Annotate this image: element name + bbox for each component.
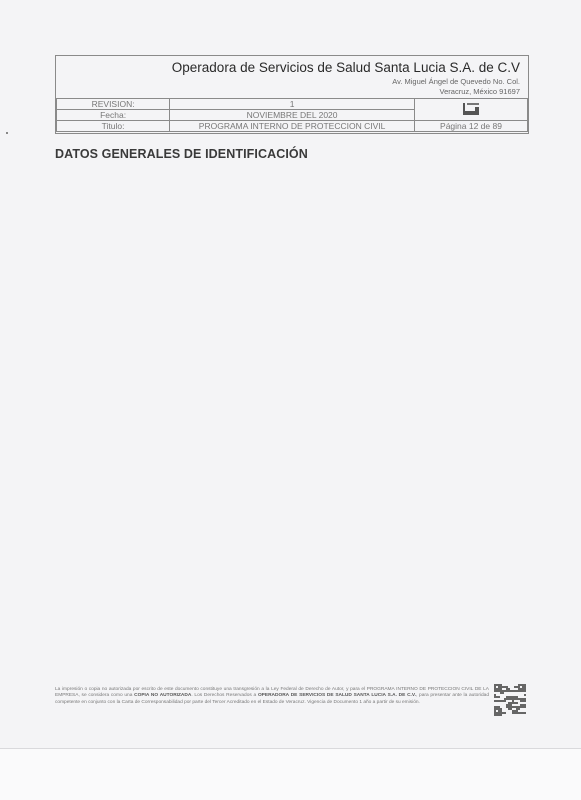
- company-logo-icon: [462, 102, 480, 116]
- notice-bold: COPIA NO AUTORIZADA: [134, 693, 191, 698]
- title-value: PROGRAMA INTERNO DE PROTECCION CIVIL: [170, 121, 415, 132]
- title-label: Titulo:: [57, 121, 170, 132]
- notice-bold: OPERADORA DE SERVICIOS DE SALUD SANTA LU…: [258, 693, 416, 698]
- scan-background: [0, 748, 581, 800]
- company-name: Operadora de Servicios de Salud Santa Lu…: [172, 60, 520, 75]
- date-label: Fecha:: [57, 110, 170, 121]
- page-number: Página 12 de 89: [414, 121, 527, 132]
- document-header: Operadora de Servicios de Salud Santa Lu…: [55, 55, 529, 134]
- header-table: REVISION: 1 Fecha: NOVIEMBRE DEL 2020 Ti…: [56, 98, 528, 132]
- logo-cell: [414, 99, 527, 121]
- address-line-1: Av. Miguel Ángel de Quevedo No. Col.: [392, 77, 520, 86]
- revision-value: 1: [170, 99, 415, 110]
- copyright-notice: La impresión o copia no autorizada por e…: [55, 687, 489, 706]
- notice-text: . Los Derechos Reservados a: [191, 693, 258, 698]
- qr-code-icon: [494, 684, 526, 716]
- document-page: Operadora de Servicios de Salud Santa Lu…: [0, 0, 581, 748]
- address-line-2: Veracruz, México 91697: [440, 87, 520, 96]
- section-title: DATOS GENERALES DE IDENTIFICACIÓN: [55, 147, 308, 161]
- date-value: NOVIEMBRE DEL 2020: [170, 110, 415, 121]
- revision-label: REVISION:: [57, 99, 170, 110]
- scan-speck: [6, 132, 8, 134]
